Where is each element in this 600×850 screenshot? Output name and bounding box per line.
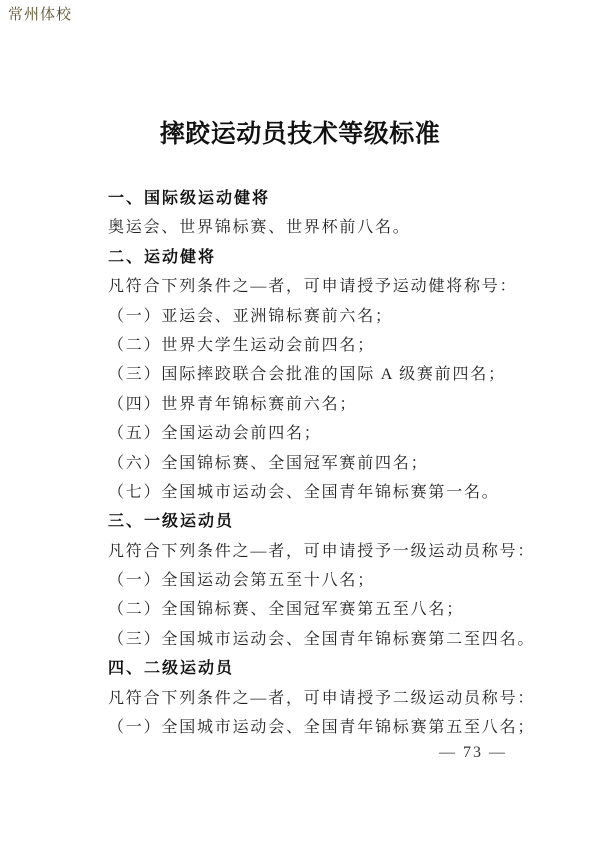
- list-item: （二）全国锦标赛、全国冠军赛第五至八名；: [108, 595, 528, 624]
- section-heading-4: 四、二级运动员: [108, 654, 528, 683]
- section-heading-2: 二、运动健将: [108, 243, 528, 272]
- list-item: （六）全国锦标赛、全国冠军赛前四名；: [108, 449, 528, 478]
- body-line: 凡符合下列条件之—者，可申请授予一级运动员称号：: [108, 537, 528, 566]
- list-item: （四）世界青年锦标赛前六名；: [108, 390, 528, 419]
- section-heading-3: 三、一级运动员: [108, 507, 528, 536]
- watermark-label: 常州体校: [8, 3, 72, 24]
- list-item: （一）全国城市运动会、全国青年锦标赛第五至八名；: [108, 713, 528, 742]
- body-line: 奥运会、世界锦标赛、世界杯前八名。: [108, 213, 528, 242]
- body-line: 凡符合下列条件之—者，可申请授予运动健将称号：: [108, 272, 528, 301]
- list-item: （五）全国运动会前四名；: [108, 419, 528, 448]
- list-item: （三）全国城市运动会、全国青年锦标赛第二至四名。: [108, 625, 528, 654]
- document-page: 常州体校 摔跤运动员技术等级标准 一、国际级运动健将 奥运会、世界锦标赛、世界杯…: [0, 0, 600, 850]
- list-item: （一）亚运会、亚洲锦标赛前六名；: [108, 302, 528, 331]
- list-item: （七）全国城市运动会、全国青年锦标赛第一名。: [108, 478, 528, 507]
- page-title: 摔跤运动员技术等级标准: [0, 114, 600, 150]
- list-item: （二）世界大学生运动会前四名；: [108, 331, 528, 360]
- document-body: 一、国际级运动健将 奥运会、世界锦标赛、世界杯前八名。 二、运动健将 凡符合下列…: [108, 184, 528, 742]
- section-heading-1: 一、国际级运动健将: [108, 184, 528, 213]
- list-item: （三）国际摔跤联合会批准的国际 A 级赛前四名；: [108, 360, 528, 389]
- body-line: 凡符合下列条件之—者，可申请授予二级运动员称号：: [108, 684, 528, 713]
- page-number: — 73 —: [439, 744, 507, 762]
- list-item: （一）全国运动会第五至十八名；: [108, 566, 528, 595]
